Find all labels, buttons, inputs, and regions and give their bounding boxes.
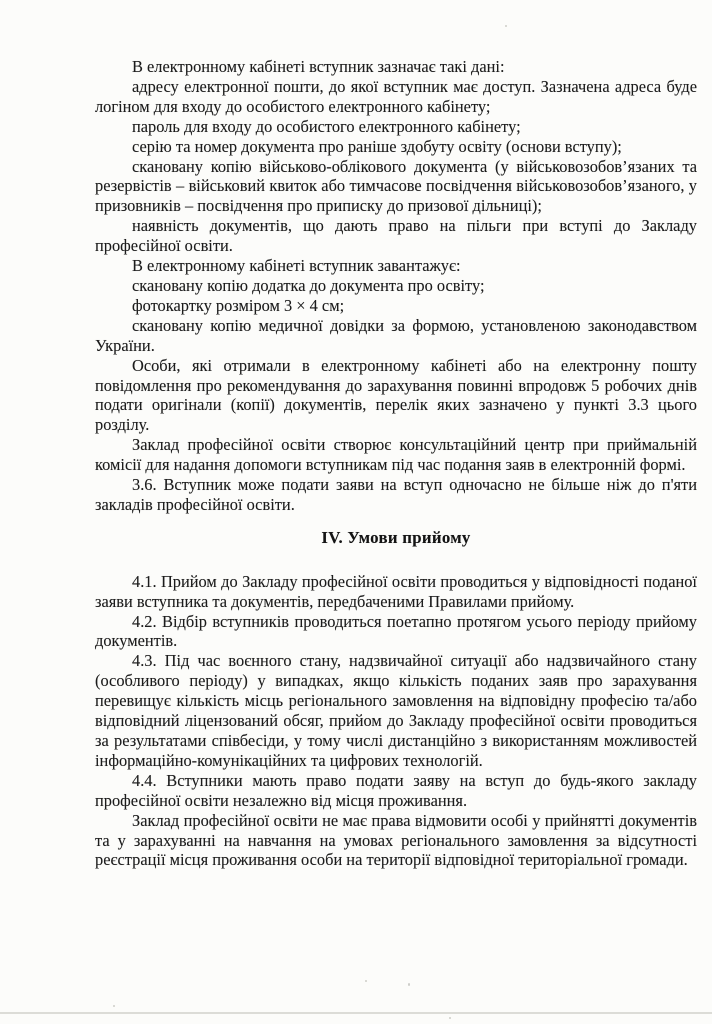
scan-speck <box>408 983 410 986</box>
scan-edge-line <box>0 1012 712 1014</box>
paragraph-email-address: адресу електронної пошти, до якої вступн… <box>95 77 697 117</box>
paragraph-cabinet-data-intro: В електронному кабінеті вступник зазнача… <box>95 57 697 77</box>
scan-speck <box>505 25 507 27</box>
paragraph-education-annex-copy: скановану копію додатка до документа про… <box>95 276 697 296</box>
document-text: В електронному кабінеті вступник зазнача… <box>95 57 697 870</box>
section-heading: IV. Умови прийому <box>95 528 697 548</box>
scan-speck <box>365 980 367 982</box>
paragraph-no-refusal: Заклад професійної освіти не має права в… <box>95 811 697 871</box>
paragraph-3-6-applications-limit: 3.6. Вступник може подати заяви на вступ… <box>95 475 697 515</box>
paragraph-military-document: скановану копію військово-облікового док… <box>95 157 697 217</box>
paragraph-password: пароль для входу до особистого електронн… <box>95 117 697 137</box>
paragraph-privilege-documents: наявність документів, що дають право на … <box>95 216 697 256</box>
paragraph-4-2-selection: 4.2. Відбір вступників проводиться поета… <box>95 612 697 652</box>
paragraph-4-4-any-institution: 4.4. Вступники мають право подати заяву … <box>95 771 697 811</box>
scan-speck <box>113 1005 115 1007</box>
paragraph-consultation-center: Заклад професійної освіти створює консул… <box>95 435 697 475</box>
scan-speck <box>449 1017 451 1019</box>
paragraph-education-document: серію та номер документа про раніше здоб… <box>95 137 697 157</box>
paragraph-4-1-admission: 4.1. Прийом до Закладу професійної освіт… <box>95 572 697 612</box>
paragraph-photo: фотокартку розміром 3 × 4 см; <box>95 296 697 316</box>
paragraph-cabinet-upload-intro: В електронному кабінеті вступник заванта… <box>95 256 697 276</box>
paragraph-recommendation-notice: Особи, які отримали в електронному кабін… <box>95 356 697 436</box>
paragraph-medical-certificate: скановану копію медичної довідки за форм… <box>95 316 697 356</box>
document-page: В електронному кабінеті вступник зазнача… <box>0 0 712 1024</box>
paragraph-4-3-martial-law: 4.3. Під час воєнного стану, надзвичайно… <box>95 651 697 770</box>
